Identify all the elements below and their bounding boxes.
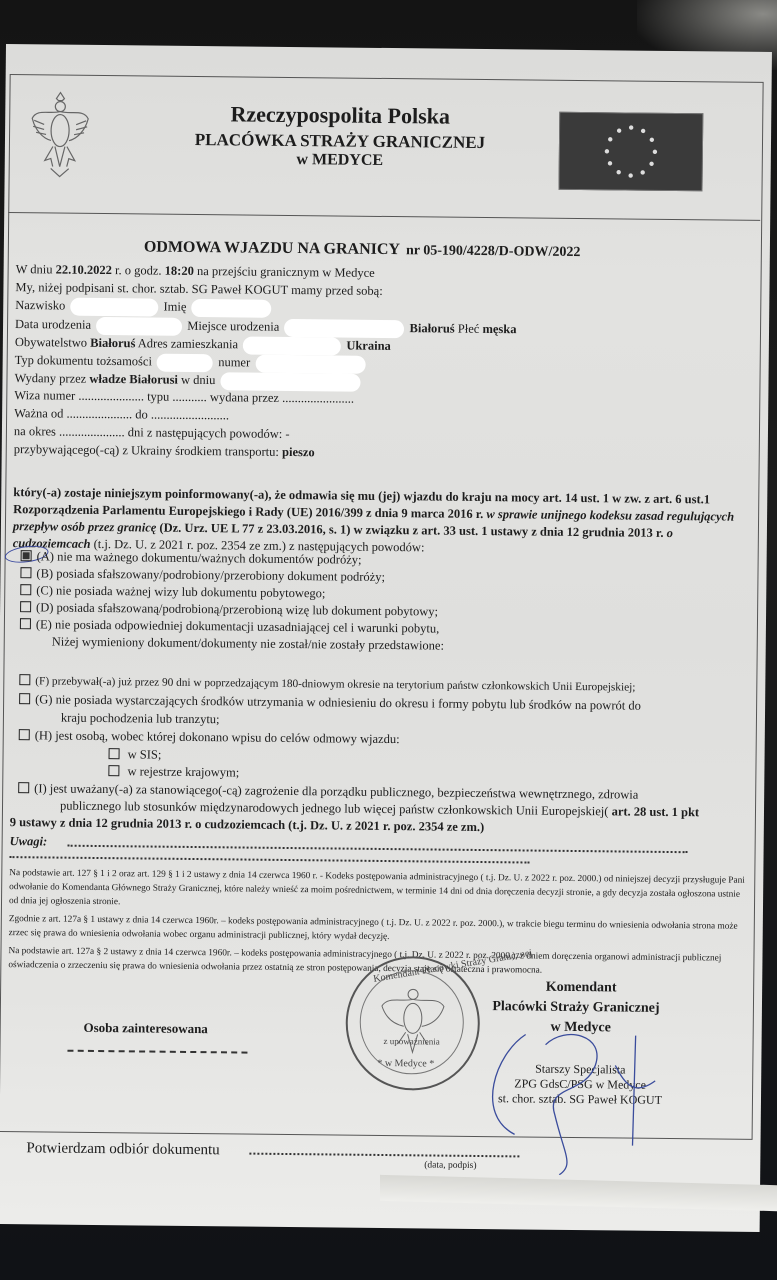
redacted-birth-place [284,319,404,338]
receipt-signature-line[interactable] [249,1153,519,1158]
header-country: Rzeczypospolita Polska [125,100,555,131]
legal-basis-paragraph: który(-a) zostaje niniejszym poinformowa… [13,484,749,560]
checkbox-reason-a[interactable] [21,550,32,561]
checkbox-reason-e[interactable] [20,618,31,629]
commander-title: Komendant [496,979,666,997]
redacted-name [191,299,271,318]
transport-row: przybywającego(-cą) z Ukrainy środkiem t… [14,442,315,460]
checkbox-reason-d[interactable] [20,601,31,612]
eu-flag-icon [559,112,704,192]
checkbox-reason-h[interactable] [19,729,30,740]
redacted-id-number [255,355,365,374]
legal-note-appeal: Na podstawie art. 127 § 1 i 2 oraz art. … [9,866,749,916]
transport-value: pieszo [282,445,315,459]
redacted-issue-date [220,372,360,391]
sex-value: męska [482,322,516,336]
commander-unit: Placówki Straży Granicznej [466,999,686,1017]
handwritten-signature [484,1024,686,1176]
official-stamp: Komendant Placówki Straży Granicznej * w… [345,956,480,1091]
document-page: Rzeczypospolita Polska PLACÓWKA STRAŻY G… [0,44,772,1232]
checkbox-national-register[interactable] [108,765,119,776]
refusal-date: 22.10.2022 [56,263,112,278]
stamp-bottom-text: * w Medyce * [377,1058,434,1070]
checkbox-reason-g[interactable] [19,693,30,704]
person-label: Osoba zainteresowana [56,1020,236,1038]
checkbox-reason-b[interactable] [20,567,31,578]
checkbox-reason-f[interactable] [19,674,30,685]
checkbox-reason-c[interactable] [20,584,31,595]
refusal-time: 18:20 [165,264,194,278]
name-row: Nazwisko Imię [15,297,273,318]
reason-h-national: w rejestrze krajowym; [108,764,239,780]
redacted-birth-date [96,317,182,336]
reason-c: (C) nie posiada ważnej wizy lub dokument… [20,583,325,601]
stamp-eagle-icon [377,980,448,1061]
checkbox-sis[interactable] [109,748,120,759]
receipt-line: Potwierdzam odbiór dokumentu [26,1140,219,1159]
redacted-surname [70,298,158,317]
redacted-id-type [157,354,213,373]
redacted-address [243,337,341,356]
checkbox-reason-i[interactable] [18,782,29,793]
validity-row: Ważna od ..................... do ......… [14,406,229,423]
receipt-sublabel: (data, podpis) [424,1160,476,1171]
title-text: ODMOWA WJAZDU NA GRANICY [144,238,400,258]
remarks-label: Uwagi: [10,834,48,849]
period-row: na okres ..................... dni z nas… [14,424,290,442]
polish-eagle-icon [29,90,92,181]
document-number: nr 05-190/4228/D-ODW/2022 [406,243,581,260]
reason-g-continuation: kraju pochodzenia lub tranzytu; [61,711,220,728]
stamp-inner-text: z upoważnienia [384,1036,440,1047]
reason-h-sis: w SIS; [108,747,161,763]
